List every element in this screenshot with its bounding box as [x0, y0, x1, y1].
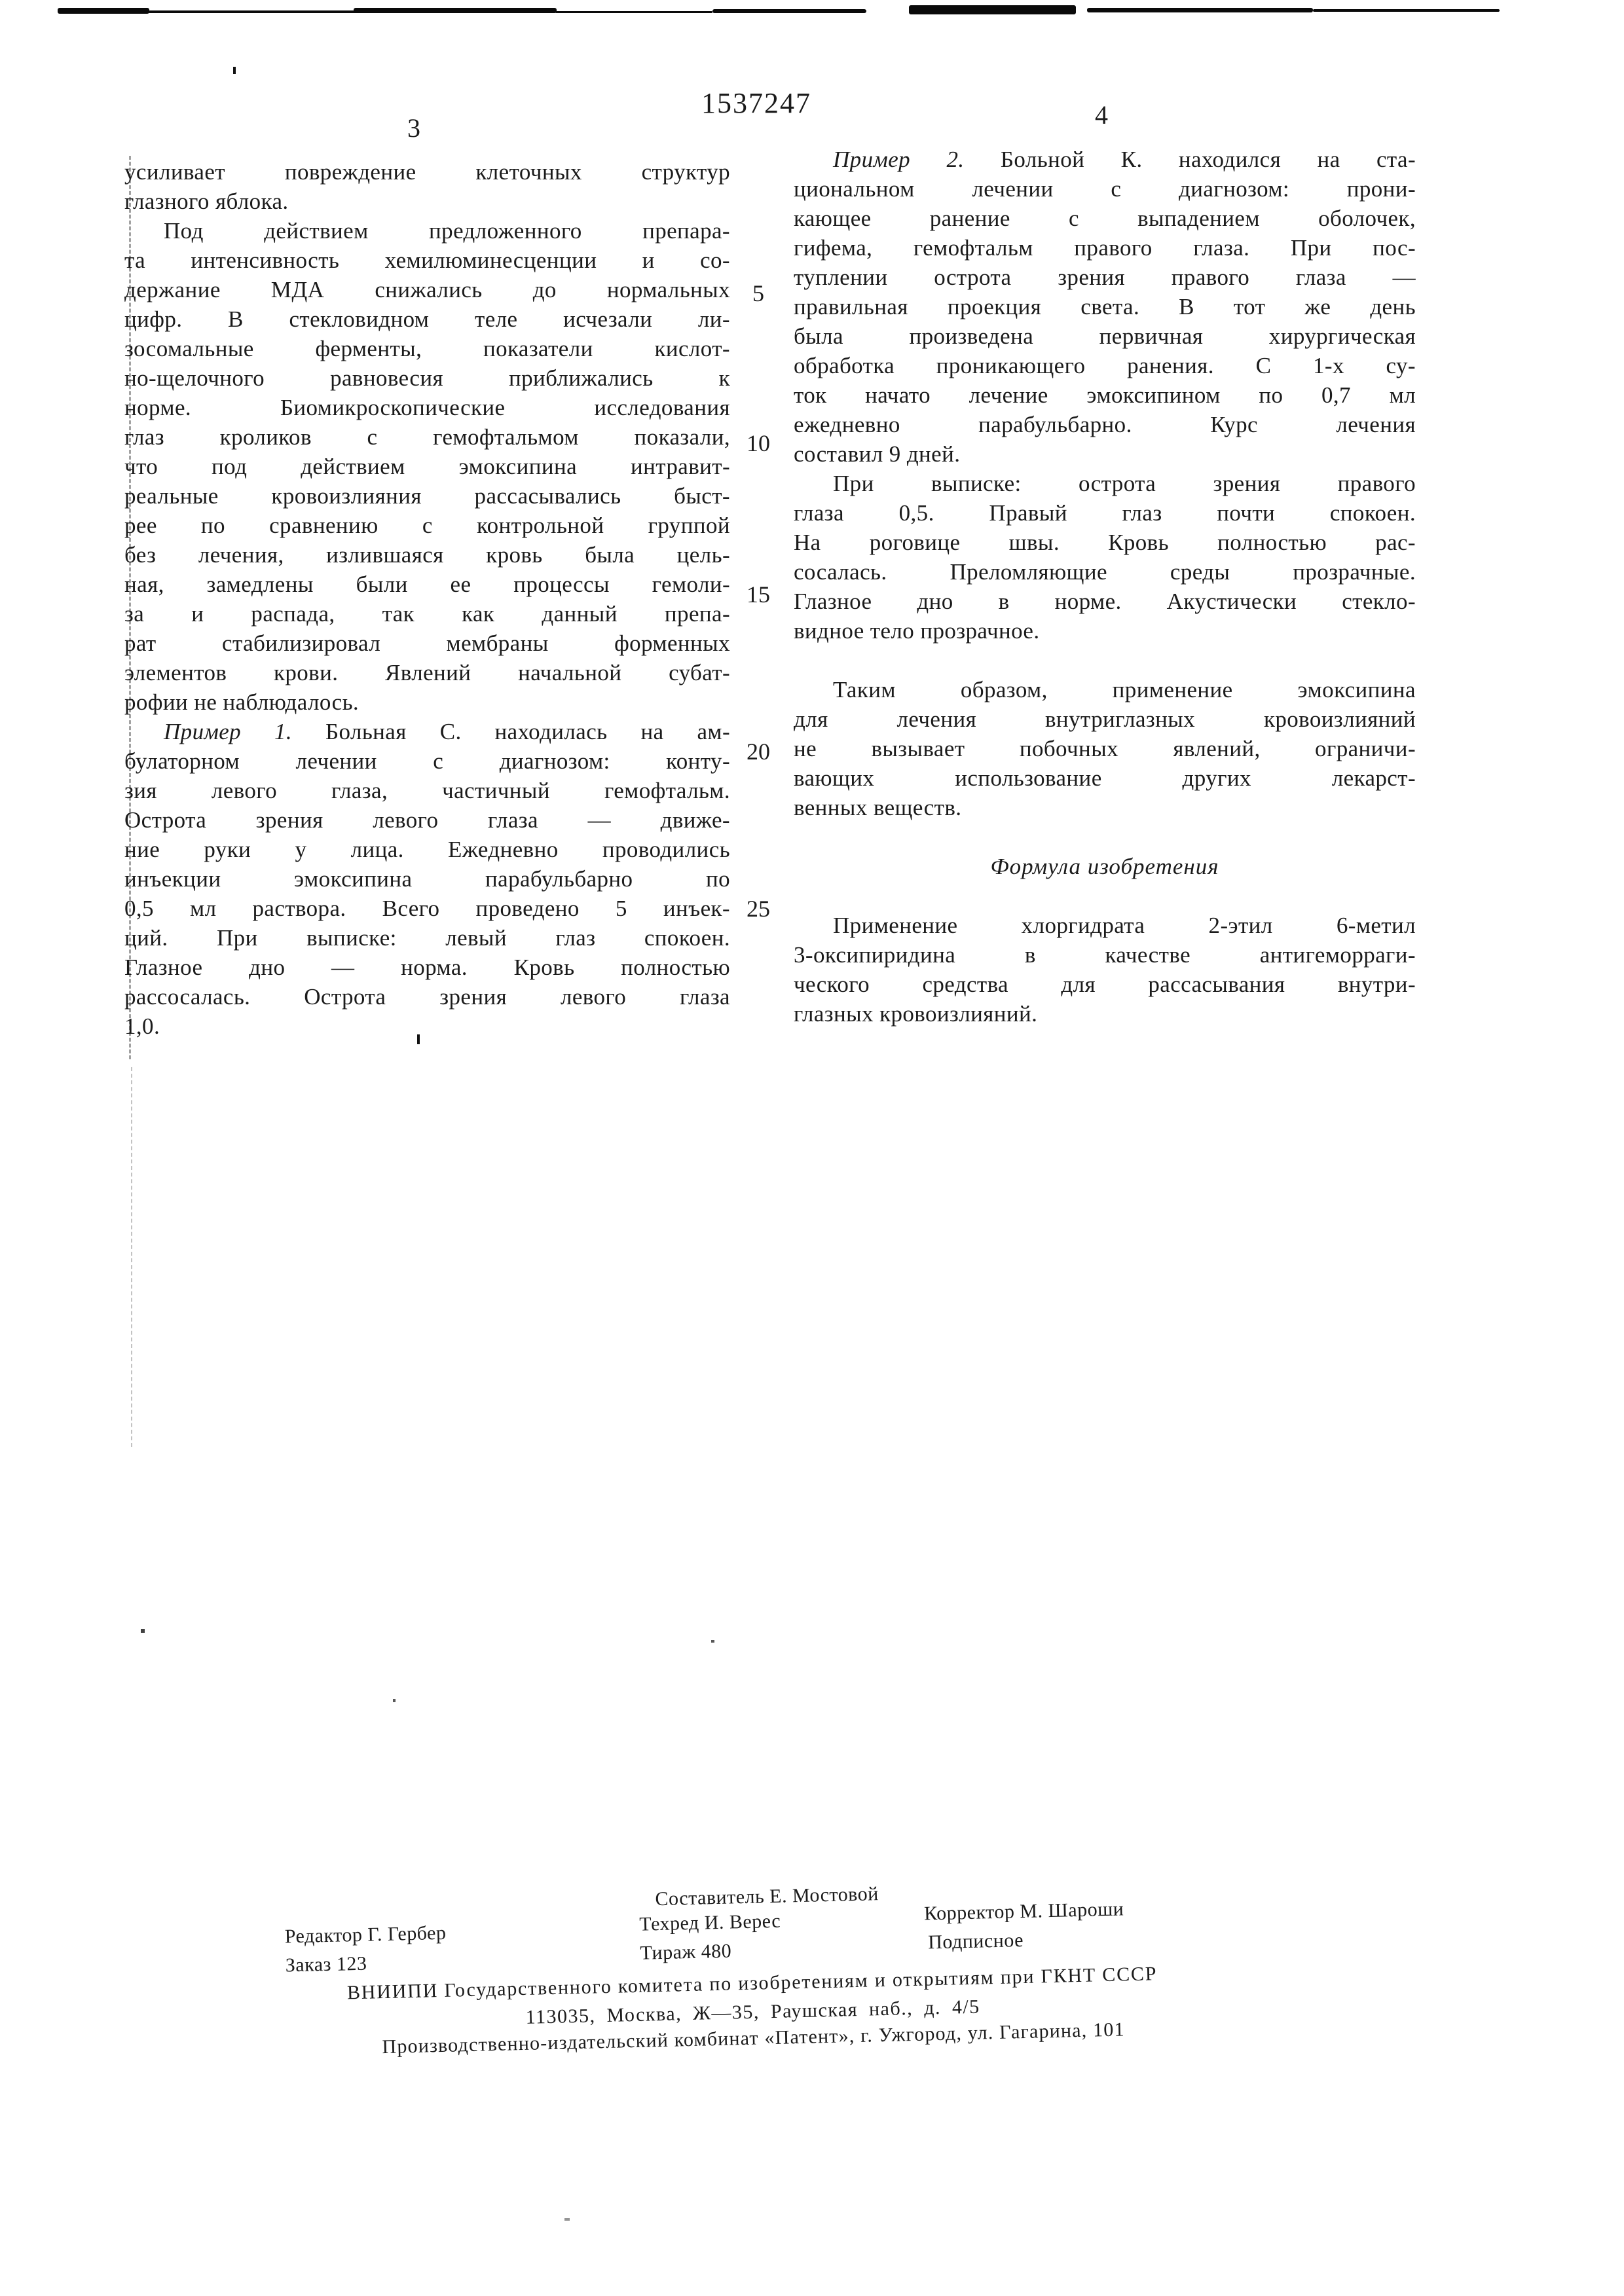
text-line: та интенсивность хемилюминесценции и со- — [124, 246, 730, 276]
gutter-line-number: 5 — [731, 279, 786, 308]
text-line: ная, замедлены были ее процессы гемоли- — [124, 570, 730, 600]
text-line: без лечения, излившаяся кровь была цель- — [124, 540, 730, 570]
gutter-line-number: 20 — [731, 737, 786, 767]
scan-artifact-speck — [564, 2218, 570, 2221]
text-line: норме. Биомикроскопические исследования — [124, 393, 730, 423]
text-line: ежедневно парабульбарно. Курс лечения — [794, 410, 1416, 440]
text-line: глазного яблока. — [124, 187, 730, 217]
scan-artifact-margin-line-lower — [131, 1067, 132, 1447]
text-line: ческого средства для рассасывания внутри… — [794, 970, 1416, 1000]
text-line: ние руки у лица. Ежедневно проводились — [124, 835, 730, 865]
text-line: 3-оксипиридина в качестве антигеморраги- — [794, 940, 1416, 970]
text-line: На роговице швы. Кровь полностью рас- — [794, 528, 1416, 558]
text-line: Применение хлоргидрата 2-этил 6-метил — [794, 911, 1416, 941]
text-line: Глазное дно в норме. Акустически стекло- — [794, 587, 1416, 617]
imprint-techred: Техред И. Верес — [639, 1910, 781, 1936]
text-line: для лечения внутриглазных кровоизлияний — [794, 704, 1416, 735]
gutter-line-number: 25 — [731, 894, 786, 924]
scan-artifact-speck — [393, 1699, 396, 1702]
text-line: составил 9 дней. — [794, 439, 1416, 469]
gutter-line-number: 15 — [731, 580, 786, 610]
text-line: булаторном лечении с диагнозом: конту- — [124, 746, 730, 776]
text-line: не вызывает побочных явлений, ограничи- — [794, 734, 1416, 764]
imprint-corrector: Корректор М. Шароши — [924, 1898, 1124, 1925]
example-label: Пример 2. — [833, 147, 965, 172]
text-line: Пример 2. Больной К. находился на ста- — [794, 145, 1416, 175]
example-label: Пример 1. — [164, 719, 292, 744]
text-line: циональном лечении с диагнозом: прони- — [794, 174, 1416, 204]
imprint-editor: Редактор Г. Гербер — [284, 1922, 446, 1948]
text-line: реальные кровоизлияния рассасывались быс… — [124, 481, 730, 511]
right-column: Пример 2. Больной К. находился на ста-ци… — [794, 0, 1416, 1113]
text-line: рат стабилизировал мембраны форменных — [124, 629, 730, 659]
scan-artifact-speck — [711, 1640, 714, 1643]
text-line: ток начато лечение эмоксипином по 0,7 мл — [794, 380, 1416, 410]
text-line: рофии не наблюдалось. — [124, 687, 730, 718]
text-line: 0,5 мл раствора. Всего проведено 5 инъек… — [124, 894, 730, 924]
text-line: При выписке: острота зрения правого — [794, 469, 1416, 499]
left-column: усиливает повреждение клеточных структур… — [124, 0, 730, 1113]
text-line: венных веществ. — [794, 793, 1416, 823]
patent-scan-page: 1537247 3 4 усиливает повреждение клеточ… — [0, 0, 1624, 2296]
text-line: за и распада, так как данный препа- — [124, 599, 730, 629]
text-line: глаз кроликов с гемофтальмом показали, — [124, 422, 730, 452]
imprint-compiler: Составитель Е. Мостовой — [655, 1883, 879, 1910]
text-line: туплении острота зрения правого глаза — — [794, 263, 1416, 293]
text-line: элементов крови. Явлений начальной субат… — [124, 658, 730, 688]
section-heading: Формула изобретения — [794, 852, 1416, 882]
text-line: зия левого глаза, частичный гемофтальм. — [124, 776, 730, 806]
text-line: держание МДА снижались до нормальных — [124, 275, 730, 305]
text-line: цифр. В стекловидном теле исчезали ли- — [124, 304, 730, 335]
scan-artifact-speck — [141, 1629, 145, 1633]
imprint-print-run: Тираж 480 — [640, 1940, 731, 1964]
imprint-footer: Составитель Е. Мостовой Редактор Г. Герб… — [272, 1866, 1232, 2058]
text-line: усиливает повреждение клеточных структур — [124, 157, 730, 187]
text-line: рее по сравнению с контрольной группой — [124, 511, 730, 541]
text-line: Глазное дно — норма. Кровь полностью — [124, 953, 730, 983]
text-line: Острота зрения левого глаза — движе- — [124, 805, 730, 835]
text-line: что под действием эмоксипина интравит- — [124, 452, 730, 482]
text-line: видное тело прозрачное. — [794, 616, 1416, 646]
text-line: правильная проекция света. В тот же день — [794, 292, 1416, 322]
text-line: Таким образом, применение эмоксипина — [794, 675, 1416, 705]
text-line: но-щелочного равновесия приближались к — [124, 363, 730, 393]
imprint-subscription: Подписное — [928, 1929, 1024, 1954]
text-line: 1,0. — [124, 1011, 730, 1042]
text-line: ций. При выписке: левый глаз спокоен. — [124, 923, 730, 953]
text-line: гифема, гемофтальм правого глаза. При по… — [794, 233, 1416, 263]
text-line: кающее ранение с выпадением оболочек, — [794, 204, 1416, 234]
text-line: инъекции эмоксипина парабульбарно по — [124, 864, 730, 894]
text-line: сосалась. Преломляющие среды прозрачные. — [794, 557, 1416, 587]
text-line: глазных кровоизлияний. — [794, 999, 1416, 1029]
text-line: Пример 1. Больная С. находилась на ам- — [124, 717, 730, 747]
text-line: зосомальные ферменты, показатели кислот- — [124, 334, 730, 364]
imprint-order-number: Заказ 123 — [285, 1953, 367, 1977]
text-line: рассосалась. Острота зрения левого глаза — [124, 982, 730, 1012]
text-line: глаза 0,5. Правый глаз почти спокоен. — [794, 498, 1416, 528]
text-line: была произведена первичная хирургическая — [794, 321, 1416, 352]
text-line: Под действием предложенного препара- — [124, 216, 730, 246]
text-line: обработка проникающего ранения. С 1-х су… — [794, 351, 1416, 381]
gutter-line-number: 10 — [731, 429, 786, 458]
text-line: вающих использование других лекарст- — [794, 763, 1416, 793]
